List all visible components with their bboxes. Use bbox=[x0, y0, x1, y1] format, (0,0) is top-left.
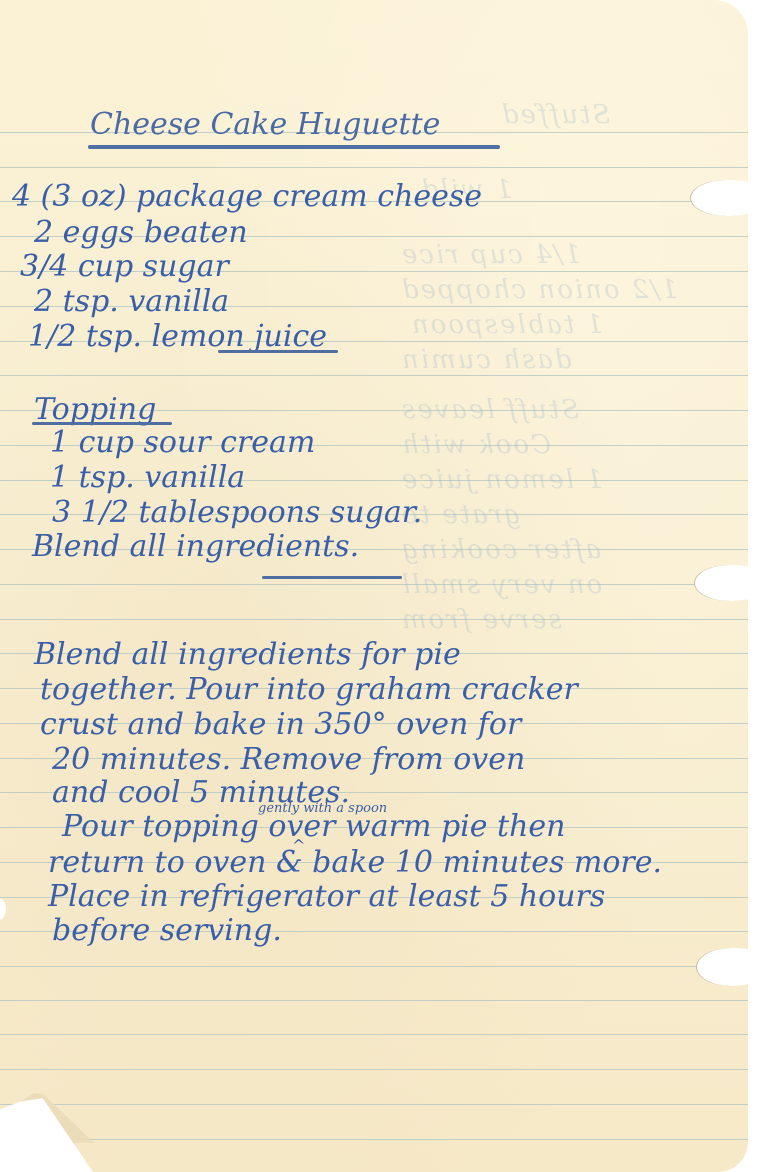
topping-item: 3 1/2 tablespoons sugar. bbox=[52, 498, 422, 528]
ruled-line bbox=[0, 1069, 748, 1070]
ruled-line bbox=[0, 584, 748, 585]
ingredient-line: 1/2 tsp. lemon juice bbox=[28, 322, 327, 352]
direction-line: return to oven & bake 10 minutes more. bbox=[48, 848, 662, 878]
ingredient-line: 2 tsp. vanilla bbox=[34, 287, 229, 317]
direction-line: Blend all ingredients for pie bbox=[34, 640, 461, 670]
ingredient-line: 3/4 cup sugar bbox=[20, 252, 229, 282]
ruled-line bbox=[0, 167, 748, 168]
topping-item: 1 cup sour cream bbox=[50, 428, 315, 458]
direction-line: Place in refrigerator at least 5 hours bbox=[48, 882, 605, 912]
ruled-line bbox=[0, 1104, 748, 1105]
recipe-card: Stuffed 1 wild 1/4 cup rice 1/2 onion ch… bbox=[0, 0, 748, 1172]
direction-line: Pour topping over warm pie then bbox=[62, 812, 565, 842]
lemon-underline bbox=[218, 350, 338, 353]
binder-hole bbox=[696, 948, 760, 986]
bleed-through-text: 1/2 onion chopped bbox=[400, 275, 678, 305]
ruled-line bbox=[0, 1034, 748, 1035]
topping-heading: Topping bbox=[34, 395, 156, 425]
ingredient-line: 2 eggs beaten bbox=[34, 218, 248, 248]
ruled-line bbox=[0, 1139, 748, 1140]
bleed-through-text: dash cumin bbox=[400, 345, 572, 375]
ruled-line bbox=[0, 375, 748, 376]
bleed-through-text: 1 lemon juice bbox=[400, 465, 603, 495]
direction-line: crust and bake in 350° oven for bbox=[40, 710, 521, 740]
bleed-through-text: on very small bbox=[400, 570, 602, 600]
topping-instruction: Blend all ingredients. bbox=[32, 532, 359, 562]
ruled-line bbox=[0, 619, 748, 620]
bleed-through-text: Stuff leaves bbox=[400, 395, 579, 425]
bleed-through-text: 1 tablespoon bbox=[410, 310, 603, 340]
recipe-title: Cheese Cake Huguette bbox=[90, 110, 440, 140]
binder-hole bbox=[690, 180, 760, 216]
bleed-through-text: after cooking bbox=[400, 535, 601, 565]
bleed-through-text: serve from bbox=[400, 605, 562, 635]
ruled-line bbox=[0, 966, 748, 967]
ruled-line bbox=[0, 1000, 748, 1001]
ingredient-line: 4 (3 oz) package cream cheese bbox=[12, 182, 482, 212]
bleed-through-text: Stuffed bbox=[500, 100, 610, 130]
bleed-through-text: Cook with bbox=[400, 430, 551, 460]
topping-item: 1 tsp. vanilla bbox=[50, 463, 245, 493]
section-divider bbox=[262, 576, 402, 579]
bleed-through-text: 1/4 cup rice bbox=[400, 240, 581, 270]
binder-hole bbox=[694, 565, 760, 601]
title-underline bbox=[88, 145, 500, 149]
direction-line: 20 minutes. Remove from oven bbox=[52, 745, 525, 775]
direction-line: together. Pour into graham cracker bbox=[40, 675, 578, 705]
direction-line: before serving. bbox=[52, 916, 282, 946]
